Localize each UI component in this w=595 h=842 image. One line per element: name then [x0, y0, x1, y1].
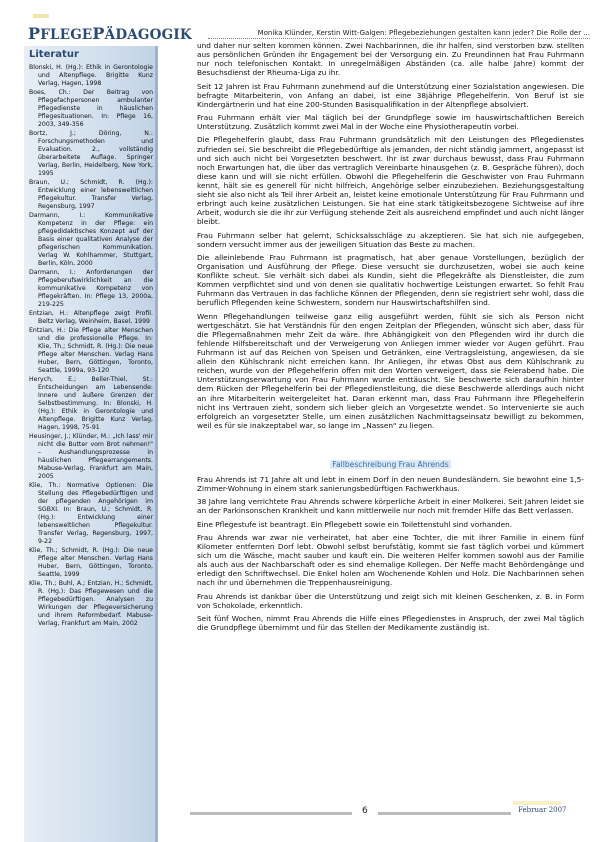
reference-item: Blonski, H. (Hg.): Ethik in Gerontologie… [29, 64, 153, 88]
issue-date: Februar 2007 [518, 806, 567, 814]
logo-part-1: FLEGE [40, 27, 92, 43]
reference-item: Heusinger, J.; Klünder, M.: „Ich lass' m… [29, 433, 153, 482]
reference-item: Boes, Ch.: Der Beitrag von Pflegefachper… [29, 89, 153, 129]
reference-item: Bortz, J.; Döring, N.: Forschungsmethode… [29, 130, 153, 179]
running-head: Monika Klünder, Kerstin Witt-Galgen: Pfl… [208, 29, 590, 39]
body-paragraph: Frau Ahrends ist 71 Jahre alt und lebt i… [197, 475, 584, 493]
article-body: und daher nur selten kommen können. Zwei… [197, 41, 584, 637]
section-heading: Fallbeschreibung Frau Ahrends [197, 460, 584, 469]
body-paragraph: Die alleinlebende Frau Fuhrmann ist prag… [197, 253, 584, 308]
magazine-logo: PFLEGEPÄDAGOGIK [28, 24, 192, 43]
logo-highlight [33, 14, 49, 18]
section-heading-text: Fallbeschreibung Frau Ahrends [330, 460, 450, 469]
body-paragraph: und daher nur selten kommen können. Zwei… [197, 41, 584, 77]
references-list: Blonski, H. (Hg.): Ethik in Gerontologie… [29, 64, 153, 629]
body-paragraph: Wenn Pflegehandlungen teilweise ganz eil… [197, 312, 584, 430]
body-paragraph: Frau Fuhrmann selber hat gelernt, Schick… [197, 231, 584, 249]
reference-item: Entzian, H.: Die Pflege alter Menschen u… [29, 327, 153, 376]
reference-item: Klie, Th.; Buhl, A.; Entzian, H.; Schmid… [29, 580, 153, 629]
references-title: Literatur [29, 49, 79, 60]
reference-item: Entzian, H.: Altenpflege zeigt Profil. B… [29, 310, 153, 326]
body-paragraph: Frau Fuhrmann erhält vier Mal täglich be… [197, 113, 584, 131]
reference-item: Klie, Th.; Schmidt, R. (Hg.): Die neue P… [29, 547, 153, 579]
logo-part-2: ÄDAGOGIK [105, 27, 192, 43]
logo-initial-2: P [92, 24, 104, 43]
body-paragraph: Frau Ahrends ist dankbar über die Unters… [197, 592, 584, 610]
reference-item: Darmann, I.: Kommunikative Kompetenz in … [29, 212, 153, 269]
body-paragraph: 38 Jahre lang verrichtete Frau Ahrends s… [197, 497, 584, 515]
reference-item: Herych, E.; Beller-Thiel, St.: Entscheid… [29, 376, 153, 433]
page-number: 6 [362, 806, 368, 816]
body-paragraph: Seit 12 Jahren ist Frau Fuhrmann zunehme… [197, 82, 584, 109]
body-paragraph: Seit fünf Wochen, nimmt Frau Ahrends die… [197, 614, 584, 632]
body-paragraph: Die Pflegehelferin glaubt, dass Frau Fuh… [197, 135, 584, 226]
reference-item: Braun, U.; Schmidt, R. (Hg.): Entwicklun… [29, 179, 153, 211]
body-paragraph: Frau Ahrends war zwar nie verheiratet, h… [197, 533, 584, 588]
reference-item: Klie, Th.: Normative Optionen: Die Stell… [29, 482, 153, 547]
issue-highlight [513, 801, 561, 805]
reference-item: Darmann, I.: Anforderungen der Pflegeber… [29, 269, 153, 309]
sidebar-edge [155, 46, 158, 842]
body-paragraph: Eine Pflegestufe ist beantragt. Ein Pfle… [197, 520, 584, 529]
footer-rule-right [378, 812, 511, 815]
footer-rule-left [190, 812, 352, 815]
logo-initial-1: P [28, 24, 40, 43]
